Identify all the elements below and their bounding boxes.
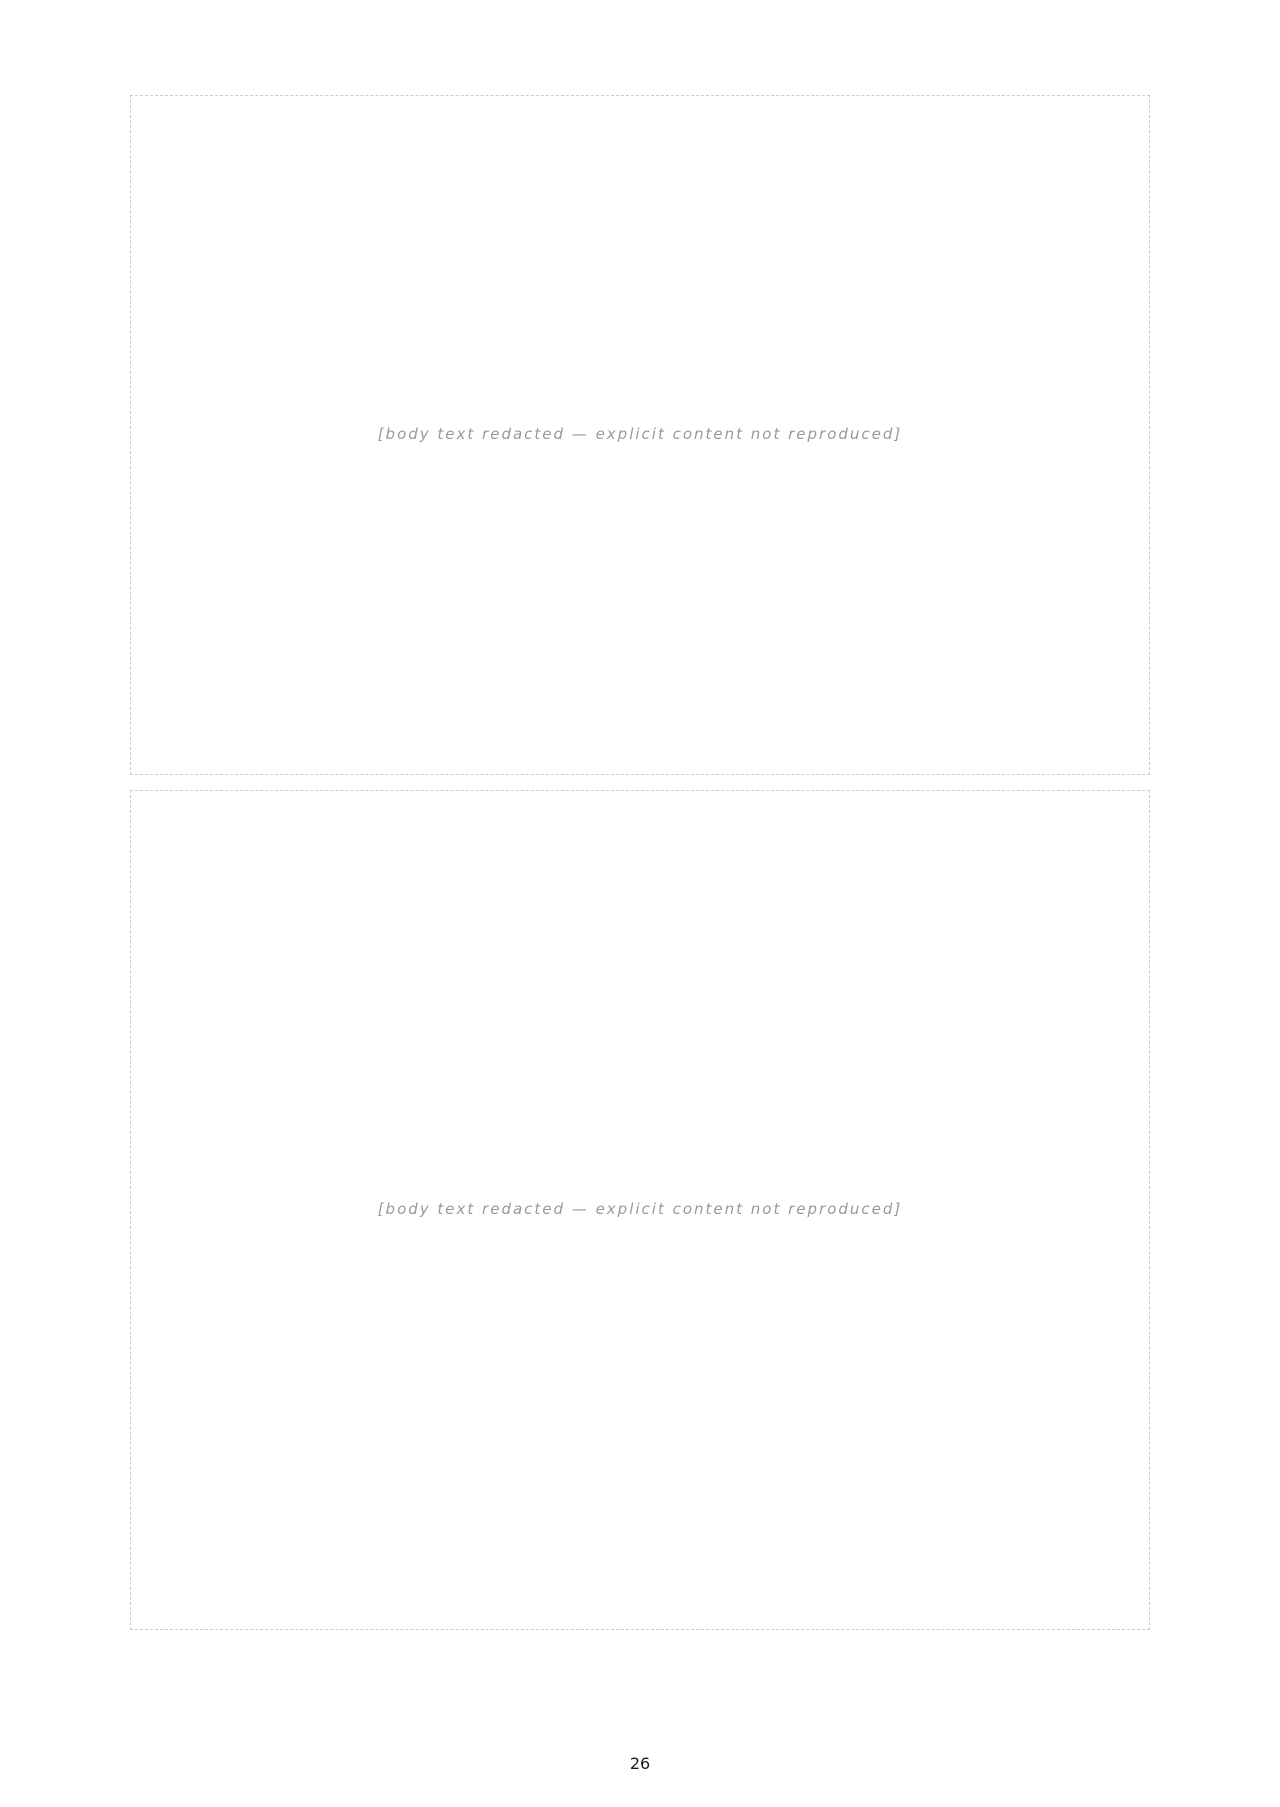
- redacted-text-lower: [body text redacted — explicit content n…: [130, 790, 1150, 1630]
- text-band-upper: [body text redacted — explicit content n…: [130, 95, 1150, 775]
- redacted-text-upper: [body text redacted — explicit content n…: [130, 95, 1150, 775]
- document-page: [body text redacted — explicit content n…: [0, 0, 1280, 1807]
- page-number: 26: [0, 1754, 1280, 1773]
- text-band-lower: [body text redacted — explicit content n…: [130, 790, 1150, 1630]
